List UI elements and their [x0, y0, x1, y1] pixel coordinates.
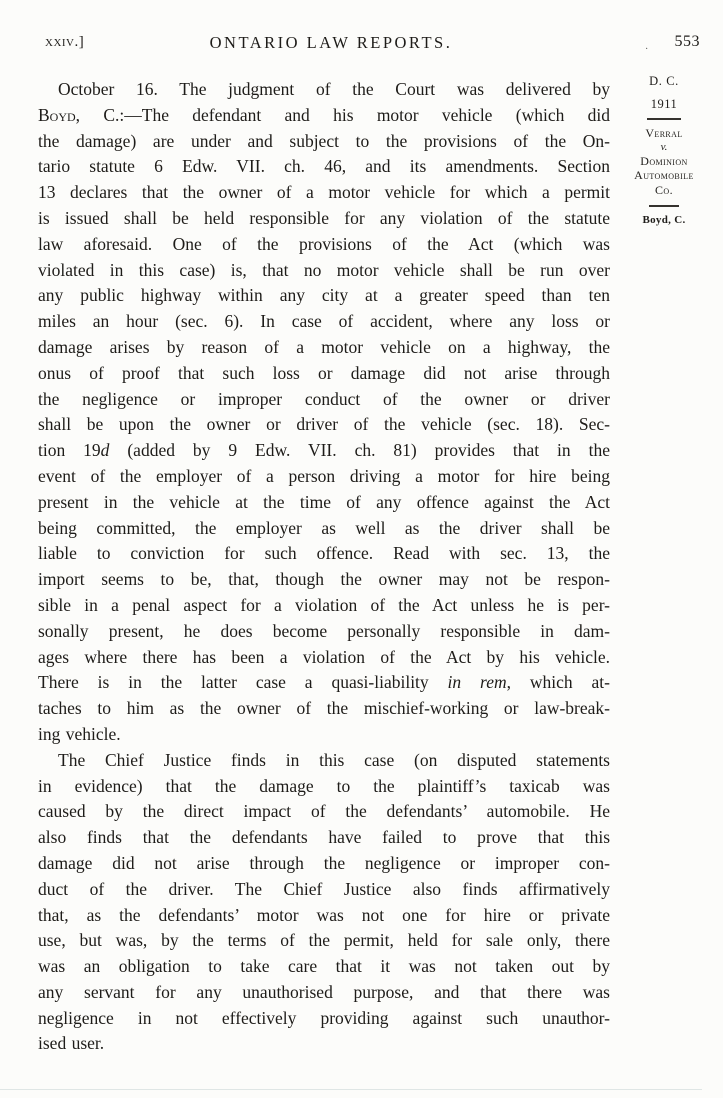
margin-rule [647, 118, 681, 120]
plain-text: any servant for any unauthorised purpose… [38, 982, 610, 1002]
judge-name: Boyd, C. [610, 213, 718, 228]
plain-text: shall be upon the owner or driver of the… [38, 414, 610, 434]
margin-note: D. C. 1911 Verral v. Dominion Automobile… [610, 74, 718, 228]
plain-text: ised user. [38, 1033, 104, 1053]
plain-text: violated in this case) is, that no motor… [38, 260, 610, 280]
margin-rule [649, 205, 679, 207]
judgment-text: October 16. The judgment of the Court wa… [38, 77, 610, 1057]
text-line: was an obligation to take care that it w… [38, 954, 610, 980]
plain-text: also finds that the defendants have fail… [38, 827, 610, 847]
text-line: miles an hour (sec. 6). In case of accid… [38, 309, 610, 335]
defendant-name-line: Dominion [610, 154, 718, 169]
italic-text: in rem [448, 672, 507, 692]
plain-text: that, as the defendants’ motor was not o… [38, 905, 610, 925]
text-line: that, as the defendants’ motor was not o… [38, 903, 610, 929]
plain-text: damage did not arise through the neglige… [38, 853, 610, 873]
text-line: 13 declares that the owner of a motor ve… [38, 180, 610, 206]
text-line: negligence in not effectively providing … [38, 1006, 610, 1032]
text-line: onus of proof that such loss or damage d… [38, 361, 610, 387]
plain-text: sonally present, he does become personal… [38, 621, 610, 641]
page-number: 553 [675, 33, 701, 51]
text-line: the negligence or improper conduct of th… [38, 387, 610, 413]
plain-text: is issued shall be held responsible for … [38, 208, 610, 228]
plain-text: import seems to be, that, though the own… [38, 569, 610, 589]
plain-text: law aforesaid. One of the provisions of … [38, 234, 610, 254]
plain-text: miles an hour (sec. 6). In case of accid… [38, 311, 610, 331]
plain-text: event of the employer of a person drivin… [38, 466, 610, 486]
plain-text: taches to him as the owner of the mischi… [38, 698, 610, 718]
plain-text: liable to conviction for such offence. R… [38, 543, 610, 563]
defendant-name-line: Automobile [610, 168, 718, 183]
text-line: any servant for any unauthorised purpose… [38, 980, 610, 1006]
plain-text: duct of the driver. The Chief Justice al… [38, 879, 610, 899]
text-line: law aforesaid. One of the provisions of … [38, 232, 610, 258]
text-line: There is in the latter case a quasi-liab… [38, 670, 610, 696]
plain-text: ages where there has been a violation of… [38, 647, 610, 667]
plain-text: being committed, the employer as well as… [38, 518, 610, 538]
plain-text: , which at- [507, 672, 610, 692]
text-line: caused by the direct impact of the defen… [38, 799, 610, 825]
text-line: use, but was, by the terms of the permit… [38, 928, 610, 954]
plain-text: caused by the direct impact of the defen… [38, 801, 610, 821]
plain-text: sible in a penal aspect for a violation … [38, 595, 610, 615]
text-line: duct of the driver. The Chief Justice al… [38, 877, 610, 903]
plain-text: , C.:—The defendant and his motor vehicl… [76, 105, 610, 125]
text-line: taches to him as the owner of the mischi… [38, 696, 610, 722]
text-line: the damage) are under and subject to the… [38, 129, 610, 155]
text-line: sible in a penal aspect for a violation … [38, 593, 610, 619]
plain-text: in evidence) that the damage to the plai… [38, 776, 610, 796]
text-line: The Chief Justice finds in this case (on… [38, 748, 610, 774]
court-abbr: D. C. [610, 74, 718, 89]
plain-text: the damage) are under and subject to the… [38, 131, 610, 151]
text-line: ised user. [38, 1031, 610, 1057]
plain-text: the negligence or improper conduct of th… [38, 389, 610, 409]
text-line: ing vehicle. [38, 722, 610, 748]
text-line: import seems to be, that, though the own… [38, 567, 610, 593]
plain-text: 13 declares that the owner of a motor ve… [38, 182, 610, 202]
text-line: also finds that the defendants have fail… [38, 825, 610, 851]
text-line: ages where there has been a violation of… [38, 645, 610, 671]
text-line: being committed, the employer as well as… [38, 516, 610, 542]
text-line: damage arises by reason of a motor vehic… [38, 335, 610, 361]
plain-text: onus of proof that such loss or damage d… [38, 363, 610, 383]
text-line: any public highway within any city at a … [38, 283, 610, 309]
plain-text: use, but was, by the terms of the permit… [38, 930, 610, 950]
text-line: tion 19d (added by 9 Edw. VII. ch. 81) p… [38, 438, 610, 464]
text-line: is issued shall be held responsible for … [38, 206, 610, 232]
scanned-law-report-page: xxiv.] ONTARIO LAW REPORTS. . 553 Octobe… [0, 0, 723, 1098]
plain-text: There is in the latter case a quasi-liab… [38, 672, 448, 692]
versus-label: v. [610, 141, 718, 154]
text-line: in evidence) that the damage to the plai… [38, 774, 610, 800]
plain-text: ing vehicle. [38, 724, 121, 744]
plain-text: present in the vehicle at the time of an… [38, 492, 610, 512]
defendant-name-line: Co. [610, 183, 718, 198]
text-line: tario statute 6 Edw. VII. ch. 46, and it… [38, 154, 610, 180]
case-year: 1911 [610, 97, 718, 112]
text-line: Boyd, C.:—The defendant and his motor ve… [38, 103, 610, 129]
scan-speck: . [645, 40, 648, 52]
plain-text: The Chief Justice finds in this case (on… [58, 750, 610, 770]
plain-text: any public highway within any city at a … [38, 285, 610, 305]
plain-text: was an obligation to take care that it w… [38, 956, 610, 976]
plain-text: October 16. The judgment of the Court wa… [58, 79, 610, 99]
scan-hairline [0, 1089, 702, 1090]
plain-text: tion 19 [38, 440, 101, 460]
small-caps-text: Boyd [38, 105, 76, 125]
text-line: liable to conviction for such offence. R… [38, 541, 610, 567]
text-line: sonally present, he does become personal… [38, 619, 610, 645]
plain-text: tario statute 6 Edw. VII. ch. 46, and it… [38, 156, 610, 176]
plain-text: damage arises by reason of a motor vehic… [38, 337, 610, 357]
text-line: damage did not arise through the neglige… [38, 851, 610, 877]
text-line: present in the vehicle at the time of an… [38, 490, 610, 516]
plain-text: (added by 9 Edw. VII. ch. 81) provides t… [109, 440, 610, 460]
page-title: ONTARIO LAW REPORTS. [0, 33, 662, 53]
plain-text: negligence in not effectively providing … [38, 1008, 610, 1028]
plaintiff-name: Verral [610, 126, 718, 141]
text-line: October 16. The judgment of the Court wa… [38, 77, 610, 103]
text-line: shall be upon the owner or driver of the… [38, 412, 610, 438]
text-line: violated in this case) is, that no motor… [38, 258, 610, 284]
text-line: event of the employer of a person drivin… [38, 464, 610, 490]
